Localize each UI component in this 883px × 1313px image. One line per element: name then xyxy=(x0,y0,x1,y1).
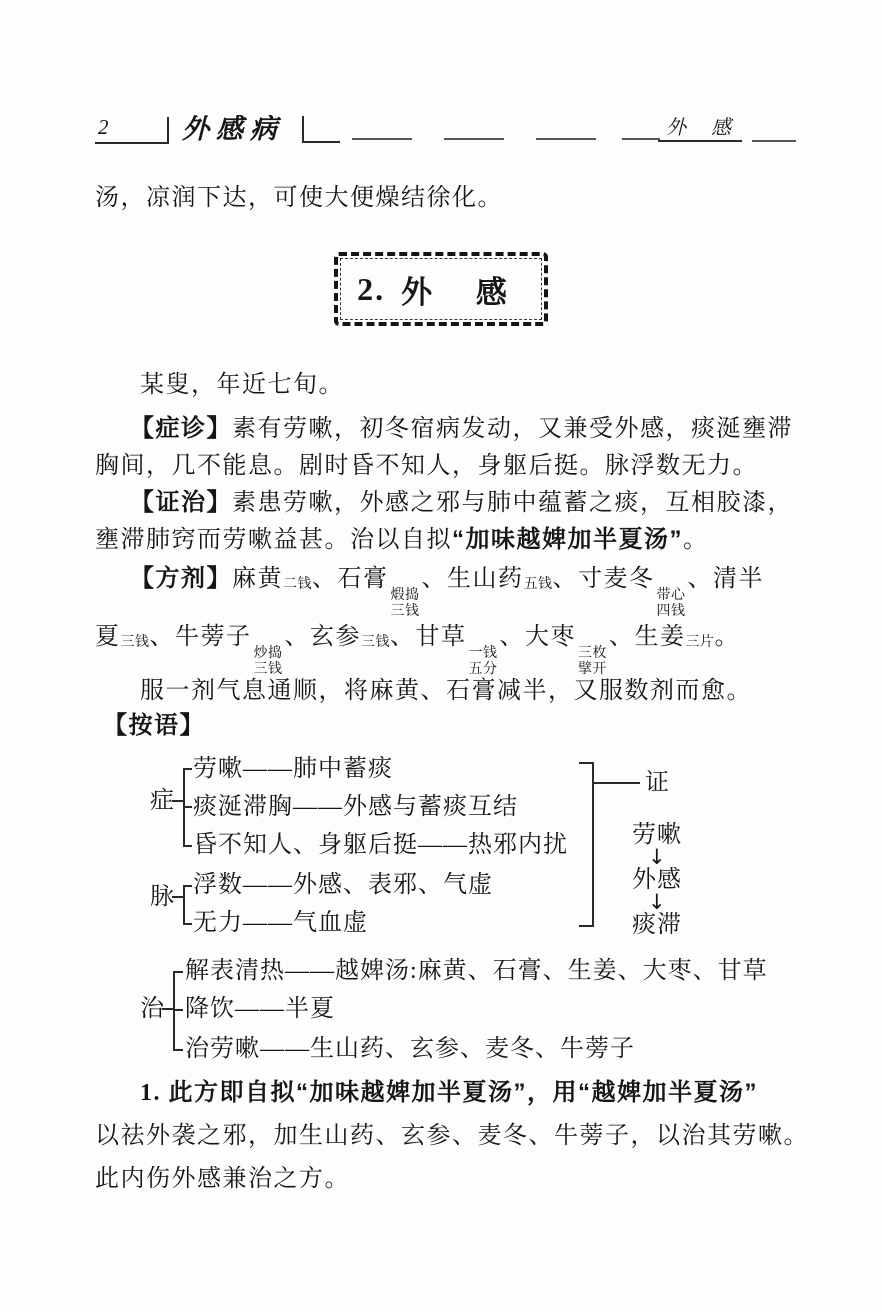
drug-name: 。 xyxy=(715,624,741,650)
diagram-row: 解表清热——越婢汤:麻黄、石膏、生姜、大枣、甘草 xyxy=(185,957,768,985)
result-line: 服一剂气息通顺，将麻黄、石膏减半，又服数剂而愈。 xyxy=(140,676,752,706)
section-title-box: 2. 外 感 xyxy=(334,252,548,326)
chapter-label: 外 感 xyxy=(666,111,741,140)
bracket-line xyxy=(183,768,192,770)
drug-note-top: 煅捣 xyxy=(391,588,420,604)
page-number: 2 xyxy=(98,112,109,142)
drug-name: 麻黄 xyxy=(232,566,283,592)
bracket-line xyxy=(173,971,175,1051)
drug-dose: 五钱 xyxy=(524,577,553,592)
drug-note-top: 三枚 xyxy=(578,646,607,662)
drug-note-top: 带心 xyxy=(657,588,686,604)
pattern-line-2: 壅滞肺窍而劳嗽益甚。治以自拟“加味越婢加半夏汤”。 xyxy=(95,525,709,555)
drug-dose: 二钱 xyxy=(283,577,312,592)
commentary-diagram: 症 劳嗽——肺中蓄痰 痰涎滞胸——外感与蓄痰互结 昏不知人、身躯后挺——热邪内扰… xyxy=(95,745,807,1075)
bracket-line xyxy=(172,800,183,802)
diagram-row: 降饮——半夏 xyxy=(185,995,335,1023)
drug-name: 、石膏 xyxy=(312,566,389,592)
drug-name: 、清半 xyxy=(688,566,765,592)
note-line-3: 此内伤外感兼治之方。 xyxy=(95,1164,350,1194)
bracket-line xyxy=(594,782,640,784)
header-rule xyxy=(536,138,596,140)
formula-name: “加味越婢加半夏汤” xyxy=(452,526,683,553)
drug-name: 、玄参 xyxy=(285,624,362,650)
symptoms-label: 【症诊】 xyxy=(130,415,232,442)
bracket-line xyxy=(579,762,592,764)
drug-note-bottom: 三钱 xyxy=(391,604,420,620)
drug-name: 、大枣 xyxy=(500,624,577,650)
diagram-flow-item: 痰滞 xyxy=(632,911,682,939)
drug-note: 煅捣三钱 xyxy=(391,588,420,620)
bracket-line xyxy=(172,896,183,898)
symptoms-text-1: 素有劳嗽，初冬宿病发动，又兼受外感，痰涎壅滞 xyxy=(232,416,793,442)
header-rule xyxy=(622,138,660,140)
header-rule xyxy=(658,140,742,142)
diagram-row: 无力——气血虚 xyxy=(193,909,368,937)
drug-name: 夏 xyxy=(95,624,121,650)
drug-note: 炒捣三钱 xyxy=(254,646,283,678)
case-intro-line: 某叟，年近七旬。 xyxy=(140,370,344,400)
header-rule xyxy=(444,138,504,140)
bracket-line xyxy=(183,845,192,847)
drug-note-bottom: 四钱 xyxy=(657,604,686,620)
symptoms-line-2: 胸间，几不能息。剧时昏不知人，身躯后挺。脉浮数无力。 xyxy=(95,451,758,481)
book-page: 2 外感病 外 感 汤，凉润下达，可使大便燥结徐化。 2. 外 感 某叟，年近七… xyxy=(0,0,883,1313)
bracket-line xyxy=(592,762,594,927)
bracket-line xyxy=(162,1008,173,1010)
bracket-line xyxy=(173,1049,183,1051)
body-line: 汤，凉润下达，可使大便燥结徐化。 xyxy=(95,183,503,213)
header-rule xyxy=(167,117,169,144)
section-number: 2. xyxy=(357,271,385,308)
header-rule xyxy=(352,138,412,140)
diagram-row: 治劳嗽——生山药、玄参、麦冬、牛蒡子 xyxy=(185,1035,635,1063)
header-rule xyxy=(302,116,304,143)
pattern-label: 【证治】 xyxy=(130,489,232,516)
drug-name: 、寸麦冬 xyxy=(553,566,655,592)
prescription-line-2: 夏三钱、牛蒡子炒捣三钱、玄参三钱、甘草一钱五分、大枣三枚擘开、生姜三片。 xyxy=(95,622,740,678)
diagram-row: 昏不知人、身躯后挺——热邪内扰 xyxy=(193,831,568,859)
drug-name: 、甘草 xyxy=(390,624,467,650)
bracket-line xyxy=(183,885,185,925)
bracket-line xyxy=(173,971,183,973)
pattern-text-2a: 壅滞肺窍而劳嗽益甚。治以自拟 xyxy=(95,527,452,553)
bracket-line xyxy=(183,885,192,887)
header-rule xyxy=(95,142,167,144)
section-title: 外 感 xyxy=(395,267,525,312)
note-text-1c: ，用 xyxy=(527,1080,578,1106)
drug-note: 带心四钱 xyxy=(657,588,686,620)
symptoms-line-1: 【症诊】素有劳嗽，初冬宿病发动，又兼受外感，痰涎壅滞 xyxy=(130,414,793,444)
formula-name: “加味越婢加半夏汤” xyxy=(296,1079,527,1106)
drug-note: 三枚擘开 xyxy=(578,646,607,678)
drug-name: 、生山药 xyxy=(422,566,524,592)
bracket-line xyxy=(579,925,592,927)
book-title: 外感病 xyxy=(182,107,284,146)
drug-dose: 三钱 xyxy=(121,635,150,650)
diagram-conclusion-label: 证 xyxy=(645,769,670,797)
drug-dose: 三钱 xyxy=(361,635,390,650)
drug-note: 一钱五分 xyxy=(469,646,498,678)
diagram-row: 劳嗽——肺中蓄痰 xyxy=(193,755,393,783)
pattern-text-2c: 。 xyxy=(683,527,709,553)
pattern-line-1: 【证治】素患劳嗽，外感之邪与肺中蕴蓄之痰，互相胶漆， xyxy=(130,488,793,518)
note-line-2: 以祛外袭之邪，加生山药、玄参、麦冬、牛蒡子，以治其劳嗽。 xyxy=(95,1121,809,1151)
drug-note-top: 一钱 xyxy=(469,646,498,662)
down-arrow-icon: ↓ xyxy=(648,892,666,912)
diagram-row: 浮数——外感、表邪、气虚 xyxy=(193,871,493,899)
drug-name: 、牛蒡子 xyxy=(150,624,252,650)
header-rule xyxy=(752,140,796,142)
formula-name: “越婢加半夏汤” xyxy=(578,1079,758,1106)
prescription-line-1: 【方剂】麻黄二钱、石膏煅捣三钱、生山药五钱、寸麦冬带心四钱、清半 xyxy=(130,564,764,620)
down-arrow-icon: ↓ xyxy=(648,847,666,867)
prescription-label: 【方剂】 xyxy=(130,565,232,592)
bracket-line xyxy=(183,806,192,808)
note-text-1a: 1. 此方即自拟 xyxy=(140,1080,296,1106)
header-rule xyxy=(302,141,340,143)
drug-dose: 三片 xyxy=(686,635,715,650)
commentary-label: 【按语】 xyxy=(103,711,205,741)
pattern-text-1: 素患劳嗽，外感之邪与肺中蕴蓄之痰，互相胶漆， xyxy=(232,490,793,516)
drug-note-top: 炒捣 xyxy=(254,646,283,662)
bracket-line xyxy=(173,1009,183,1011)
bracket-line xyxy=(183,923,192,925)
drug-name: 、生姜 xyxy=(609,624,686,650)
note-line-1: 1. 此方即自拟“加味越婢加半夏汤”，用“越婢加半夏汤” xyxy=(140,1078,758,1108)
diagram-row: 痰涎滞胸——外感与蓄痰互结 xyxy=(193,793,518,821)
